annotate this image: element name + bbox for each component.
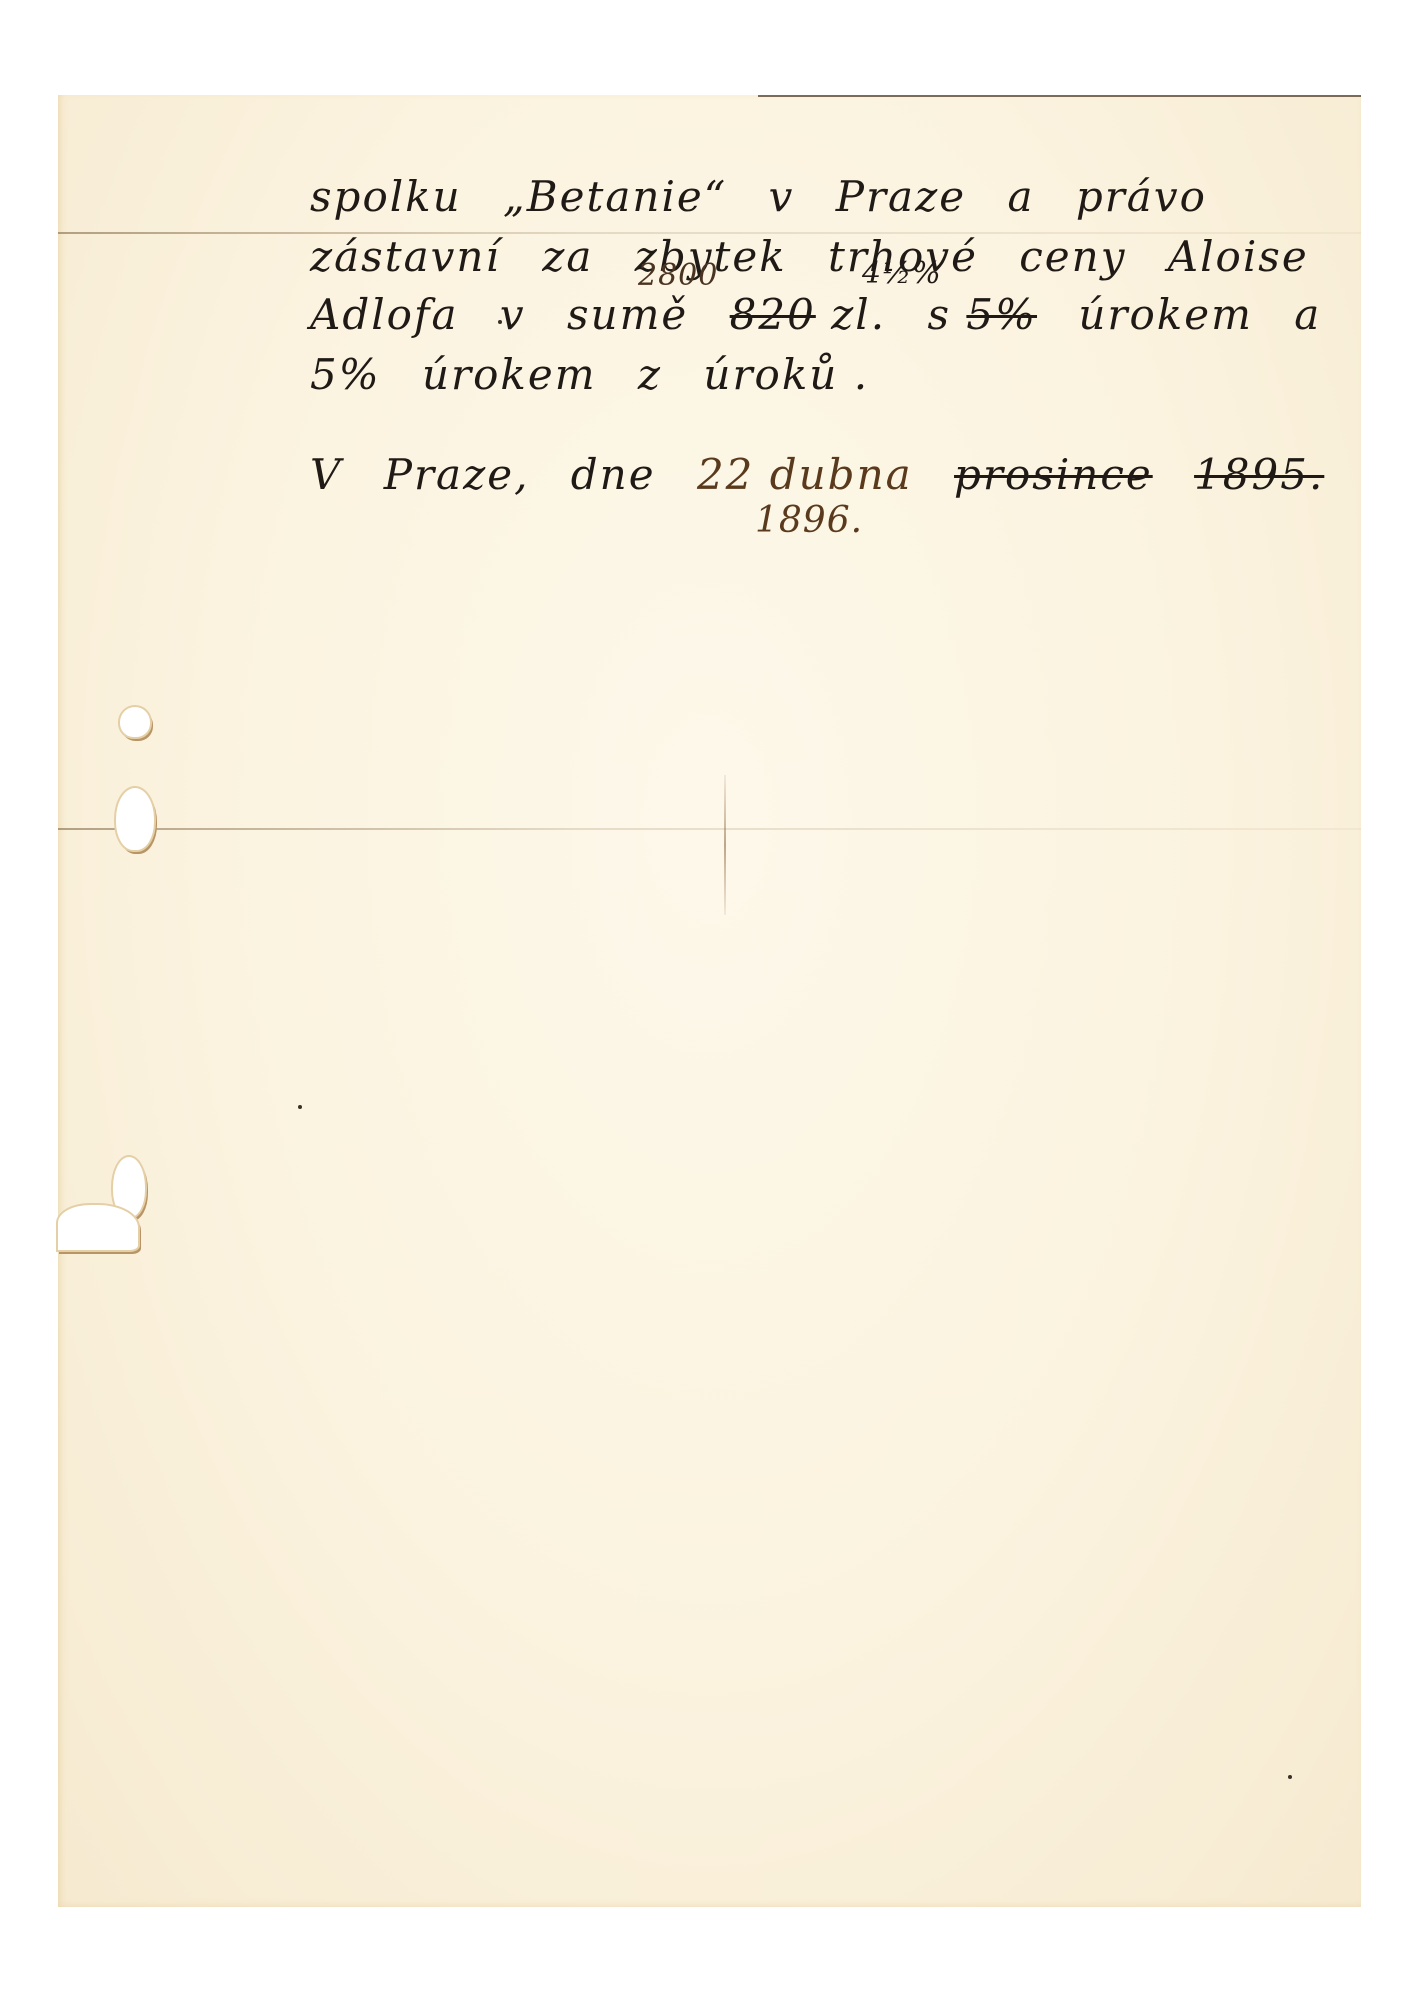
word: právo: [1076, 172, 1207, 221]
word: z: [638, 350, 662, 399]
word: za: [542, 232, 593, 281]
word: Aloise: [1168, 232, 1309, 281]
word: dne: [571, 450, 656, 499]
text-line-3: Adlofa v sumě 820 zl. s 5% úrokem a: [310, 290, 1347, 339]
text-line-1: spolku „Betanie“ v Praze a právo: [310, 172, 1233, 221]
word: úrokem: [422, 350, 597, 399]
struck-amount: 820: [730, 290, 816, 339]
fold-crease-middle: [58, 828, 1361, 830]
word: sumě: [567, 290, 688, 339]
word: a: [1007, 172, 1034, 221]
word: zástavní: [310, 232, 501, 281]
word: v: [500, 290, 526, 339]
ink-speck: [1288, 1775, 1292, 1779]
word: úroků: [703, 350, 838, 399]
date-day: 22: [697, 450, 754, 499]
word: ceny: [1019, 232, 1126, 281]
word: V: [310, 450, 342, 499]
word: a: [1294, 290, 1321, 339]
word: úrokem: [1078, 290, 1253, 339]
word: spolku: [310, 172, 462, 221]
struck-rate: 5%: [966, 290, 1037, 339]
torn-punch-hole: [116, 788, 154, 850]
period: .: [854, 350, 869, 399]
struck-year: 1895.: [1194, 450, 1324, 499]
punch-hole: [120, 707, 150, 737]
date-line: V Praze, dne 22 dubna prosince 1895.: [310, 450, 1350, 499]
word: Praze: [836, 172, 966, 221]
page-top-edge: [758, 95, 1361, 97]
inserted-amount: 2800: [638, 258, 718, 293]
word: v: [769, 172, 795, 221]
ink-speck: [298, 1105, 302, 1109]
word: Praze,: [384, 450, 530, 499]
word: Adlofa: [310, 290, 459, 339]
inserted-year: 1896.: [755, 500, 863, 541]
word: „Betanie“: [503, 172, 727, 221]
inserted-month: dubna: [770, 450, 913, 499]
word: zl.: [831, 290, 886, 339]
text-line-4: 5% úrokem z úroků .: [310, 350, 895, 399]
fold-crease-vertical: [724, 775, 726, 915]
word: s: [927, 290, 951, 339]
torn-edge: [58, 1205, 138, 1250]
struck-month: prosince: [954, 450, 1153, 499]
text-line-2: zástavní za zbytek trhové ceny Aloise: [310, 232, 1335, 281]
inserted-rate: 4½%: [862, 256, 942, 291]
word: 5%: [310, 350, 381, 399]
